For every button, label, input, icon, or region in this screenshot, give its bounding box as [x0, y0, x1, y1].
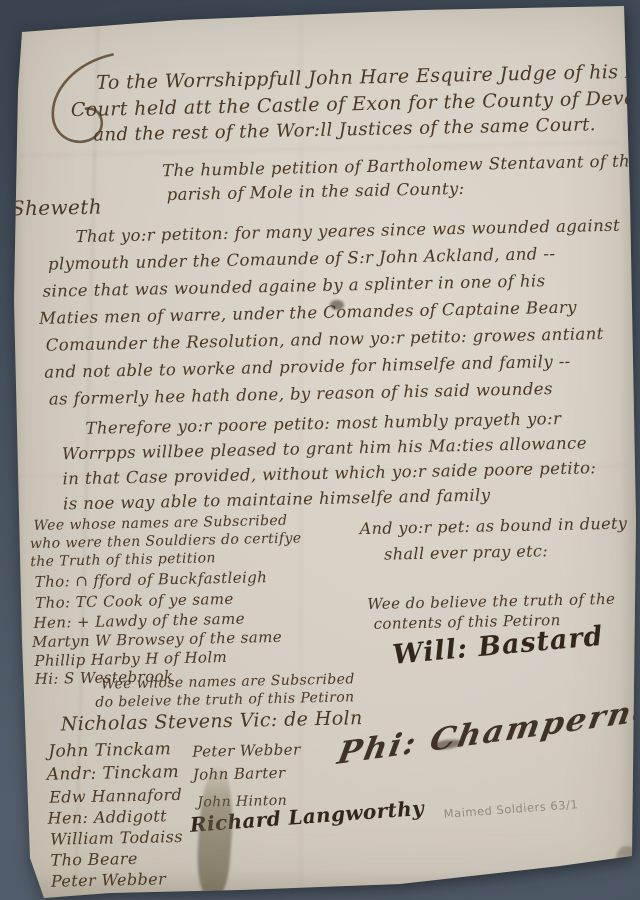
soldier-name: Martyn W Browsey of the same	[32, 628, 282, 651]
soldiers-cert-line: the Truth of this petition	[30, 550, 216, 570]
signature-name: Tho Beare	[50, 849, 138, 870]
body-line: since that was wounded againe by a splin…	[42, 271, 545, 301]
closing-line-2: shall ever pray etc:	[384, 541, 548, 563]
signature-name: William Todaiss	[50, 827, 183, 849]
body-line: Comaunder the Resolution, and now yo:r p…	[46, 324, 604, 355]
ink-blot	[330, 300, 344, 310]
body-line: plymouth under the Comaunde of S:r John …	[48, 244, 556, 274]
belief-cert-line-1: Wee do believe the truth of the	[367, 590, 615, 613]
soldier-name: Tho: ∩ fford of Buckfastleigh	[35, 568, 268, 591]
body-line: and not able to worke and provide for hi…	[44, 352, 571, 382]
signature-name: Peter Webber	[192, 740, 301, 760]
corner-smudge	[616, 846, 638, 872]
soldier-name: Tho: TC Cook of ye same	[35, 590, 234, 612]
signature-name: Hen: Addigott	[47, 806, 167, 827]
prayer-line: is noe way able to maintaine himselfe an…	[63, 485, 491, 513]
pencil-annotation: Maimed Soldiers 63/1	[443, 797, 578, 821]
prayer-line: Therefore yo:r poore petito: most humbly…	[85, 409, 561, 438]
intro-line-1: The humble petition of Bartholomew Stent…	[162, 151, 640, 180]
signature-vicar: Nicholas Stevens Vic: de Holn	[60, 707, 362, 735]
intro-line-2: parish of Mole in the said County:	[166, 179, 464, 204]
prayer-line: in that Case provided, without which yo:…	[62, 458, 596, 488]
soldiers-cert-line: who were then Souldiers do certifye	[30, 530, 302, 552]
manuscript-paper: To the Worrshippfull John Hare Esquire J…	[0, 0, 640, 900]
manuscript-content: To the Worrshippfull John Hare Esquire J…	[0, 0, 640, 900]
signature-champernowne: Phi: Champernowne:	[335, 679, 640, 772]
signature-name: Edw Hannaford	[49, 785, 182, 807]
body-line: Maties men of warre, under the Comandes …	[39, 298, 577, 328]
signature-name: Peter Webber	[51, 869, 167, 890]
margin-word-sheweth: Sheweth	[11, 195, 103, 221]
body-line: That yo:r petiton: for many yeares since…	[75, 216, 620, 246]
signature-name: Andr: Tinckam	[47, 762, 180, 785]
signature-name: John Tinckam	[48, 739, 171, 762]
body-line: as formerly hee hath done, by reason of …	[49, 379, 553, 409]
closing-line-1: And yo:r pet: as bound in duety	[359, 514, 627, 539]
soldier-name: Phillip Harby H of Holm	[34, 648, 227, 670]
document-photo: To the Worrshippfull John Hare Esquire J…	[0, 0, 640, 900]
prayer-line: Worrpps willbee pleased to grant him his…	[62, 433, 587, 463]
